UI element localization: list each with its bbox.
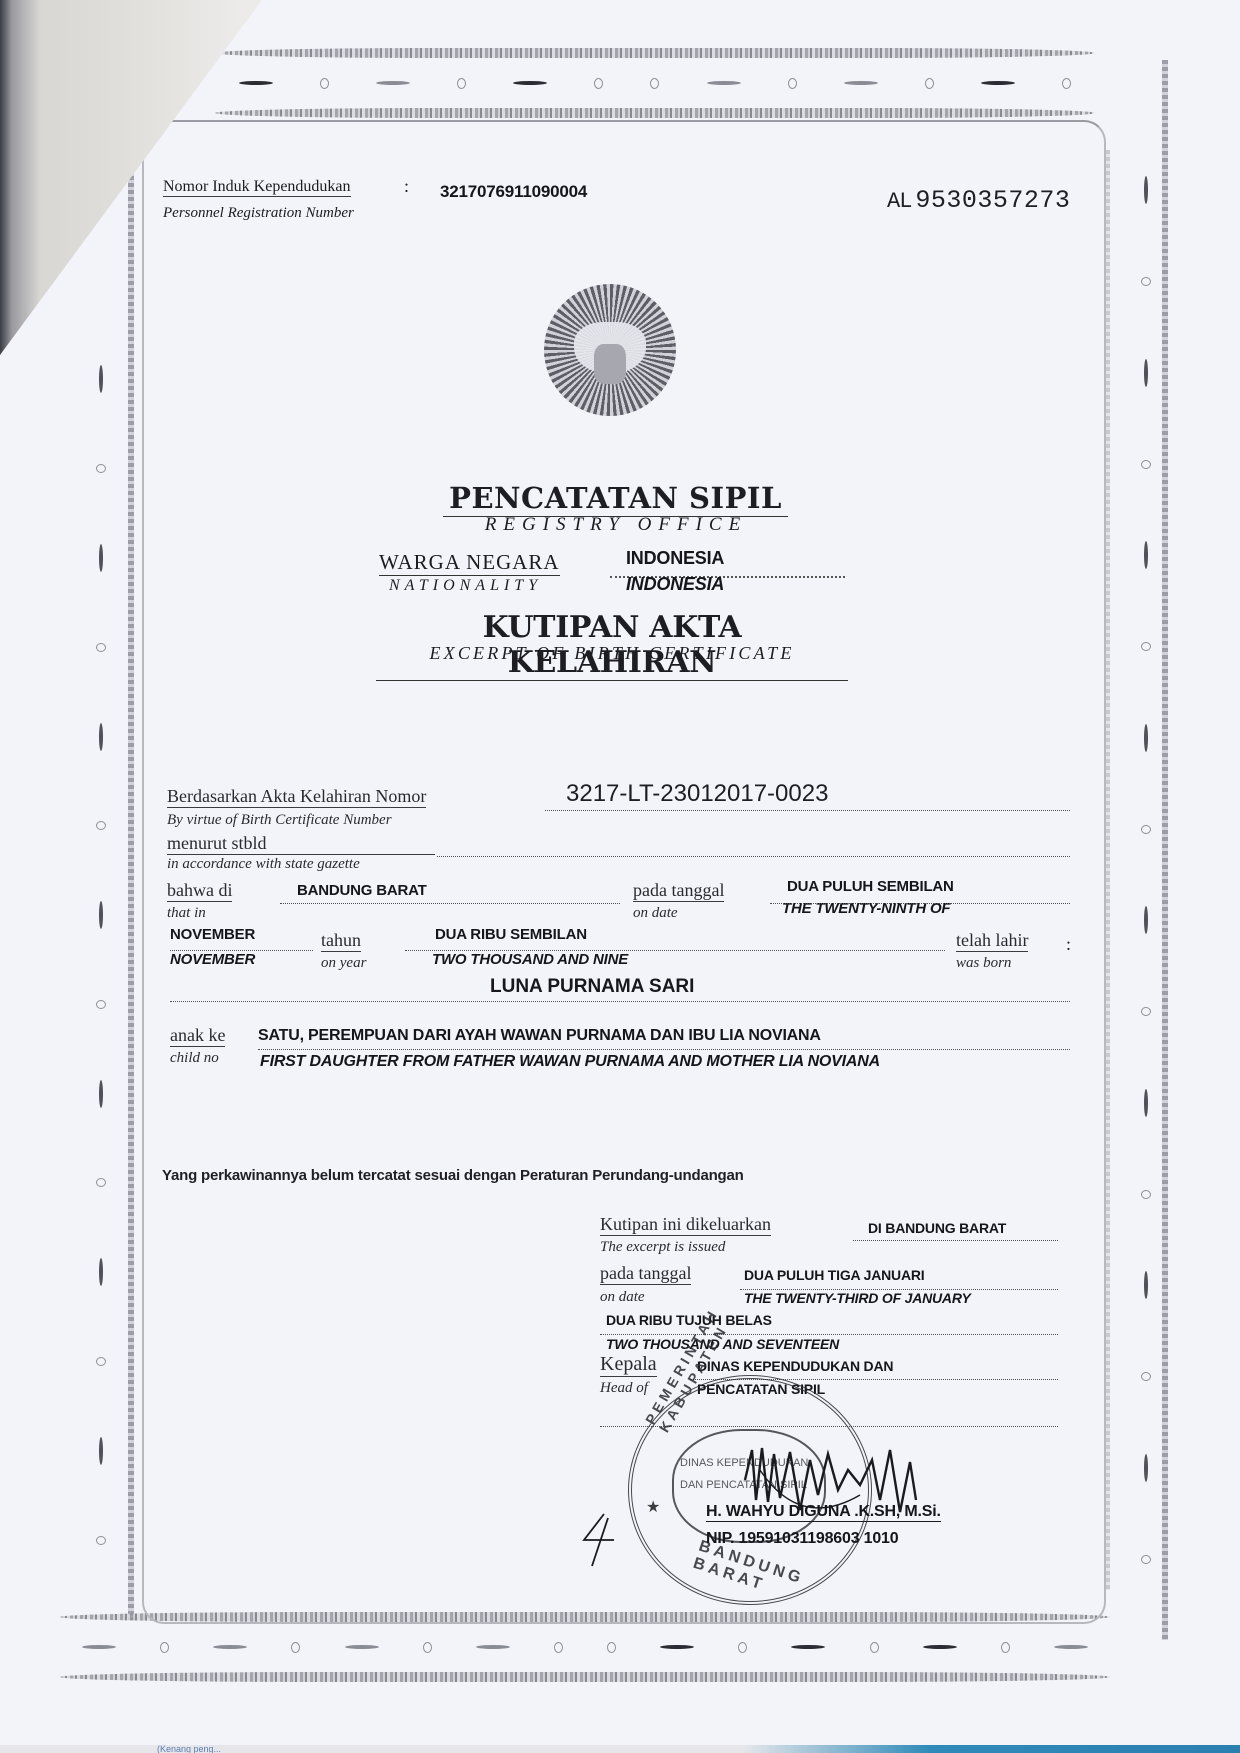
serial-prefix: AL <box>887 189 911 214</box>
marriage-note: Yang perkawinannya belum tercatat sesuai… <box>162 1167 744 1184</box>
office-title: PENCATATAN SIPIL <box>443 481 788 517</box>
official-name: H. WAHYU DIGUNA .K.SH, M.Si. <box>706 1503 941 1522</box>
top-ornamental-band <box>215 48 1095 118</box>
date-label: pada tanggal <box>633 880 724 902</box>
head-label-en: Head of <box>600 1380 648 1397</box>
born-label: telah lahir <box>956 930 1028 952</box>
nik-label-en: Personnel Registration Number <box>163 205 354 222</box>
left-border-bar <box>128 120 134 1620</box>
nationality-label: WARGA NEGARA <box>379 550 560 576</box>
garuda-emblem-icon <box>544 284 676 416</box>
document-title-en: EXCERPT OF BIRTH CERTIFICATE <box>376 643 848 664</box>
cert-number-label-en: By virtue of Birth Certificate Number <box>167 812 392 829</box>
month-value: NOVEMBER <box>170 926 255 943</box>
issue-date-label: pada tanggal <box>600 1263 691 1285</box>
nationality-value-en: INDONESIA <box>626 574 724 595</box>
nationality-value: INDONESIA <box>626 548 724 569</box>
date-label-en: on date <box>633 905 678 922</box>
head-value-line1: DINAS KEPENDUDUKAN DAN <box>697 1358 893 1374</box>
born-separator: : <box>1066 934 1071 955</box>
child-no-value: SATU, PEREMPUAN DARI AYAH WAWAN PURNAMA … <box>258 1027 821 1045</box>
year-label: tahun <box>321 930 361 952</box>
scan-bottom-text: (Kenang peng... <box>157 1744 221 1753</box>
child-no-label: anak ke <box>170 1025 225 1047</box>
serial-digits: 9530357273 <box>915 186 1070 215</box>
issue-date-value: DUA PULUH TIGA JANUARI <box>744 1267 924 1283</box>
date-value: DUA PULUH SEMBILAN <box>787 878 954 895</box>
year-label-en: on year <box>321 955 366 972</box>
place-value: BANDUNG BARAT <box>297 882 427 899</box>
issued-label: Kutipan ini dikeluarkan <box>600 1214 771 1236</box>
issue-date-value-en: THE TWENTY-THIRD OF JANUARY <box>744 1290 971 1306</box>
nik-separator: : <box>404 176 409 197</box>
month-value-en: NOVEMBER <box>170 951 255 968</box>
issue-year-value: DUA RIBU TUJUH BELAS <box>606 1312 772 1328</box>
star-icon: ★ <box>646 1497 660 1517</box>
stbld-label-en: in accordance with state gazette <box>167 856 360 873</box>
head-label: Kepala <box>600 1353 657 1377</box>
official-nip: NIP. 19591031198603 1010 <box>706 1530 898 1548</box>
office-title-en: REGISTRY OFFICE <box>436 514 796 536</box>
year-value-en: TWO THOUSAND AND NINE <box>432 951 628 968</box>
issued-label-en: The excerpt is issued <box>600 1239 725 1256</box>
child-no-value-en: FIRST DAUGHTER FROM FATHER WAWAN PURNAMA… <box>260 1053 880 1071</box>
issued-value: DI BANDUNG BARAT <box>868 1220 1006 1236</box>
cert-number-value: 3217-LT-23012017-0023 <box>566 780 828 808</box>
initial-paraf <box>574 1510 624 1570</box>
nik-value: 3217076911090004 <box>440 182 587 202</box>
nationality-label-en: NATIONALITY <box>389 577 542 595</box>
born-label-en: was born <box>956 955 1011 972</box>
stbld-label: menurut stbld <box>167 833 435 855</box>
nik-label: Nomor Induk Kependudukan <box>163 178 351 197</box>
place-label-en: that in <box>167 905 206 922</box>
ornament-icon <box>239 81 273 85</box>
right-ornament-column <box>1133 140 1159 1600</box>
place-label: bahwa di <box>167 880 232 902</box>
issue-date-label-en: on date <box>600 1289 645 1306</box>
child-no-label-en: child no <box>170 1050 219 1067</box>
certificate-paper: Nomor Induk Kependudukan Personnel Regis… <box>0 0 1240 1745</box>
right-border-bar <box>1162 60 1168 1640</box>
cert-number-label: Berdasarkan Akta Kelahiran Nomor <box>167 786 426 808</box>
serial-number: AL9530357273 <box>887 186 1070 215</box>
year-value: DUA RIBU SEMBILAN <box>435 926 587 943</box>
child-name: LUNA PURNAMA SARI <box>490 976 694 998</box>
left-ornament-column <box>88 330 114 1580</box>
